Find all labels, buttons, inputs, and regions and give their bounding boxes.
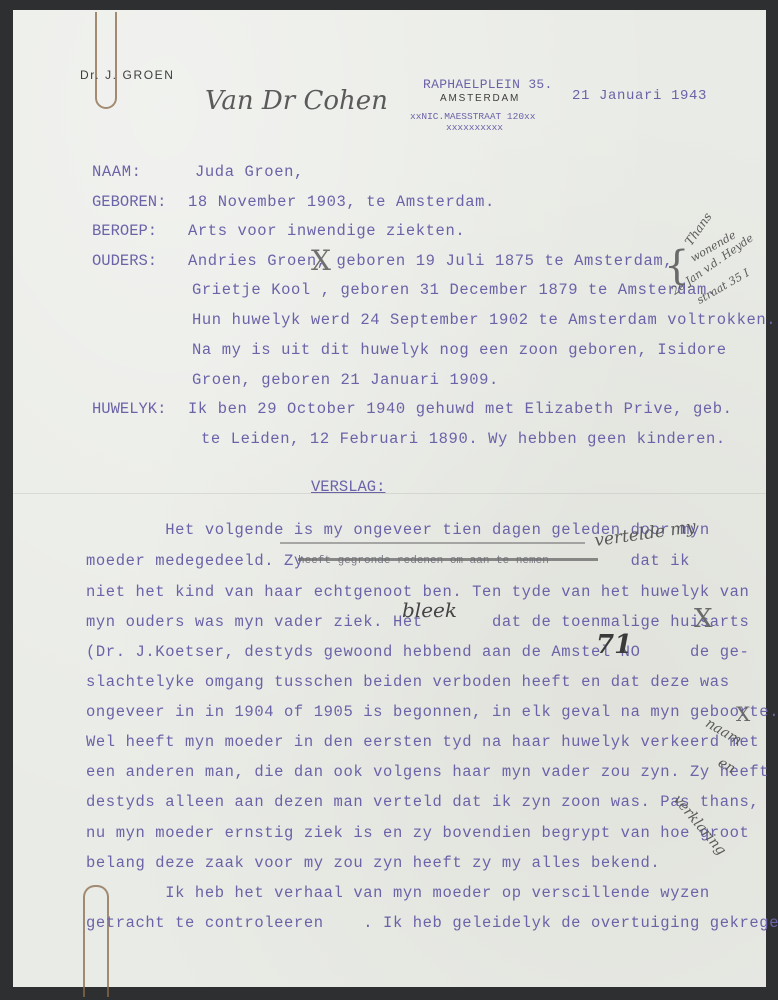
body-line-14: getracht te controleeren . Ik heb geleid… <box>86 914 778 932</box>
paperclip-top <box>95 12 117 109</box>
x-mark-margin: X <box>736 702 750 726</box>
letterhead-old-address-2: xxxxxxxxxx <box>446 119 503 137</box>
body-line-13: Ik heb het verhaal van myn moeder op ver… <box>86 884 710 902</box>
field-value-ouders: Andries Groen, geboren 19 Juli 1875 te A… <box>188 252 673 270</box>
letterhead-name: Dr. J. GROEN <box>80 68 175 82</box>
field-value-beroep: Arts voor inwendige ziekten. <box>188 222 465 240</box>
huwelyk-line-2: te Leiden, 12 Februari 1890. Wy hebben g… <box>201 430 726 448</box>
strikethrough-2 <box>280 542 585 544</box>
ouders-line-3: Hun huwelyk werd 24 September 1902 te Am… <box>192 311 776 329</box>
field-label-naam: NAAM: <box>92 163 142 181</box>
body-line-7: ongeveer in in 1904 of 1905 is begonnen,… <box>86 703 778 721</box>
field-value-huwelyk: Ik ben 29 October 1940 gehuwd met Elizab… <box>188 400 733 418</box>
strikethrough-1 <box>298 558 598 561</box>
handwritten-top-note: Van Dr Cohen <box>205 86 388 116</box>
ouders-line-4: Na my is uit dit huwelyk nog een zoon ge… <box>192 341 727 359</box>
ouders-line-2: Grietje Kool , geboren 31 December 1879 … <box>192 281 717 299</box>
struck-text: heeft gegronde redenen om aan te nemen <box>298 552 549 570</box>
letterhead-address: RAPHAELPLEIN 35. <box>423 76 553 94</box>
body-line-10: destyds alleen aan dezen man verteld dat… <box>86 793 759 811</box>
field-label-ouders: OUDERS: <box>92 252 157 270</box>
field-value-geboren: 18 November 1903, te Amsterdam. <box>188 193 495 211</box>
section-title: VERSLAG: <box>311 478 385 496</box>
field-label-geboren: GEBOREN: <box>92 193 166 211</box>
letterhead-city: AMSTERDAM <box>440 93 520 104</box>
paper-fold <box>13 493 766 494</box>
x-mark-huisarts: X <box>694 604 713 634</box>
letter-date: 21 Januari 1943 <box>572 87 707 105</box>
body-line-8: Wel heeft myn moeder in den eersten tyd … <box>86 733 759 751</box>
margin-brace: { <box>664 243 689 289</box>
body-line-5: (Dr. J.Koetser, destyds gewoond hebbend … <box>86 643 749 661</box>
field-label-beroep: BEROEP: <box>92 222 157 240</box>
field-value-naam: Juda Groen, <box>195 163 304 181</box>
body-line-12: belang deze zaak voor my zou zyn heeft z… <box>86 854 660 872</box>
insert-house-number: 71 <box>596 630 632 660</box>
field-label-huwelyk: HUWELYK: <box>92 400 166 418</box>
body-line-11: nu myn moeder ernstig ziek is en zy bove… <box>86 824 749 842</box>
x-mark-ouders: X <box>311 244 331 277</box>
insert-bleek: bleek <box>402 598 457 622</box>
body-line-9: een anderen man, die dan ook volgens haa… <box>86 763 769 781</box>
body-line-6: slachtelyke omgang tusschen beiden verbo… <box>86 673 730 691</box>
ouders-line-5: Groen, geboren 21 Januari 1909. <box>192 371 499 389</box>
